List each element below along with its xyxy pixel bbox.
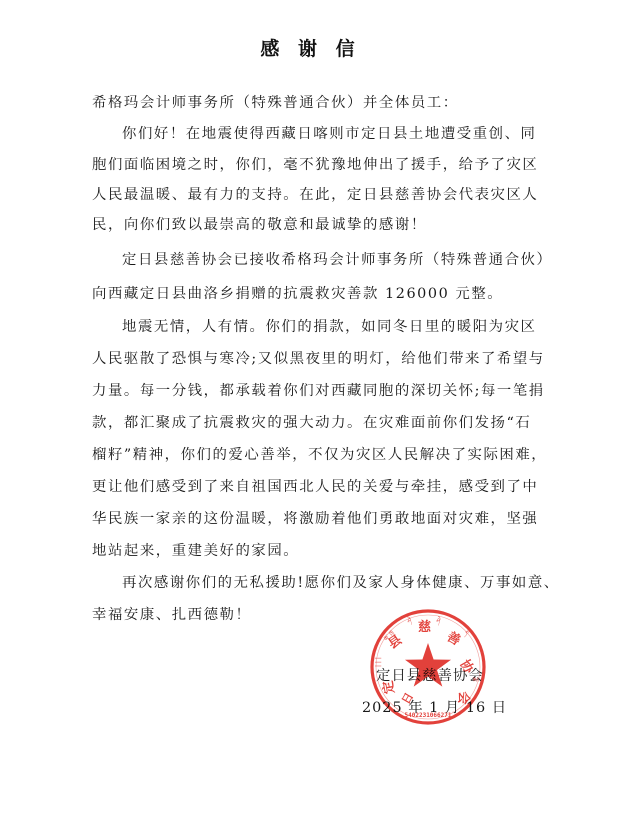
- paragraph-line: 民，向你们致以最崇高的敬意和最诚挚的感谢！: [92, 215, 518, 235]
- paragraph-line: 华民族一家亲的这份温暖，将激励着他们勇敢地面对灾难，坚强: [92, 509, 518, 529]
- paragraph-line: 榴籽”精神，你们的爱心善举，不仅为灾区人民解决了实际困难，: [92, 445, 518, 465]
- svg-text:会: 会: [455, 691, 472, 705]
- svg-text:| | |: | | |: [375, 657, 382, 667]
- svg-text:慈: 慈: [418, 619, 431, 635]
- letter-page: 感 谢 信 希格玛会计师事务所（特殊普通合伙）并全体员工： 你们好！在地震使得西…: [0, 0, 621, 828]
- paragraph-line: 地震无情，人有情。你们的捐款，如同冬日里的暖阳为灾区: [122, 317, 518, 337]
- svg-text:协: 协: [457, 657, 478, 677]
- svg-text:ཚོ: ཚོ: [470, 677, 479, 682]
- paragraph-line: 你们好！在地震使得西藏日喀则市定日县土地遭受重创、同: [122, 124, 518, 144]
- paragraph-line: 力量。每一分钱，都承载着你们对西藏同胞的深切关怀;每一笔捐: [92, 381, 518, 401]
- paragraph-line: 款，都汇聚成了抗震救灾的强大动力。在灾难面前你们发扬“石: [92, 413, 518, 433]
- svg-text:善: 善: [444, 629, 463, 649]
- paragraph-line: 胞们面临困境之时，你们，毫不犹豫地伸出了援手，给予了灾区: [92, 155, 518, 175]
- paragraph-line: 再次感谢你们的无私援助!愿你们及家人身体健康、万事如意、: [122, 573, 518, 593]
- paragraph-line: 定日县慈善协会已接收希格玛会计师事务所（特殊普通合伙）: [122, 250, 518, 270]
- svg-text:定: 定: [380, 679, 398, 695]
- paragraph-line: 地站起来，重建美好的家园。: [92, 541, 518, 561]
- paragraph-line: 更让他们感受到了来自祖国西北人民的关爱与牵挂，感受到了中: [92, 477, 518, 497]
- letter-title: 感 谢 信: [0, 34, 621, 61]
- paragraph-line: 人民最温暖、最有力的支持。在此，定日县慈善协会代表灾区人: [92, 185, 518, 205]
- svg-text:5402231066271: 5402231066271: [405, 712, 452, 719]
- paragraph-line: 人民驱散了恐惧与寒冷;又似黑夜里的明灯，给他们带来了希望与: [92, 349, 518, 369]
- svg-text:日: 日: [399, 690, 416, 706]
- salutation: 希格玛会计师事务所（特殊普通合伙）并全体员工：: [92, 93, 518, 113]
- official-seal-icon: 县 慈 善 协 会 定 日 ཆ་ ཁྲ ཤེ ཤེ དེ ཚོ | | | 54…: [368, 607, 488, 727]
- paragraph-line: 向西藏定日县曲洛乡捐赠的抗震救灾善款 126000 元整。: [92, 284, 518, 304]
